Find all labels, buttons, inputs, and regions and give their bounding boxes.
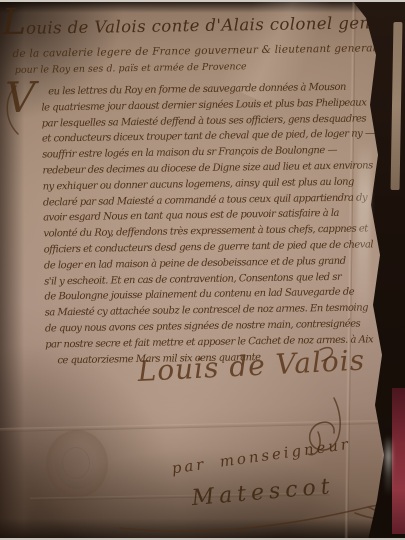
red-backing-strip [392,388,405,534]
countersign-underline-flourish [120,505,391,531]
pen-flourishes [0,0,405,540]
margin-bracket [7,86,18,134]
date-paraph [320,348,332,361]
glass-glint [385,436,392,496]
signature-loop-flourish [310,398,341,450]
framed-manuscript-photo: Louis de Valois conte d'Alais colonel ge… [0,0,405,540]
frame-top-edge [0,0,405,2]
